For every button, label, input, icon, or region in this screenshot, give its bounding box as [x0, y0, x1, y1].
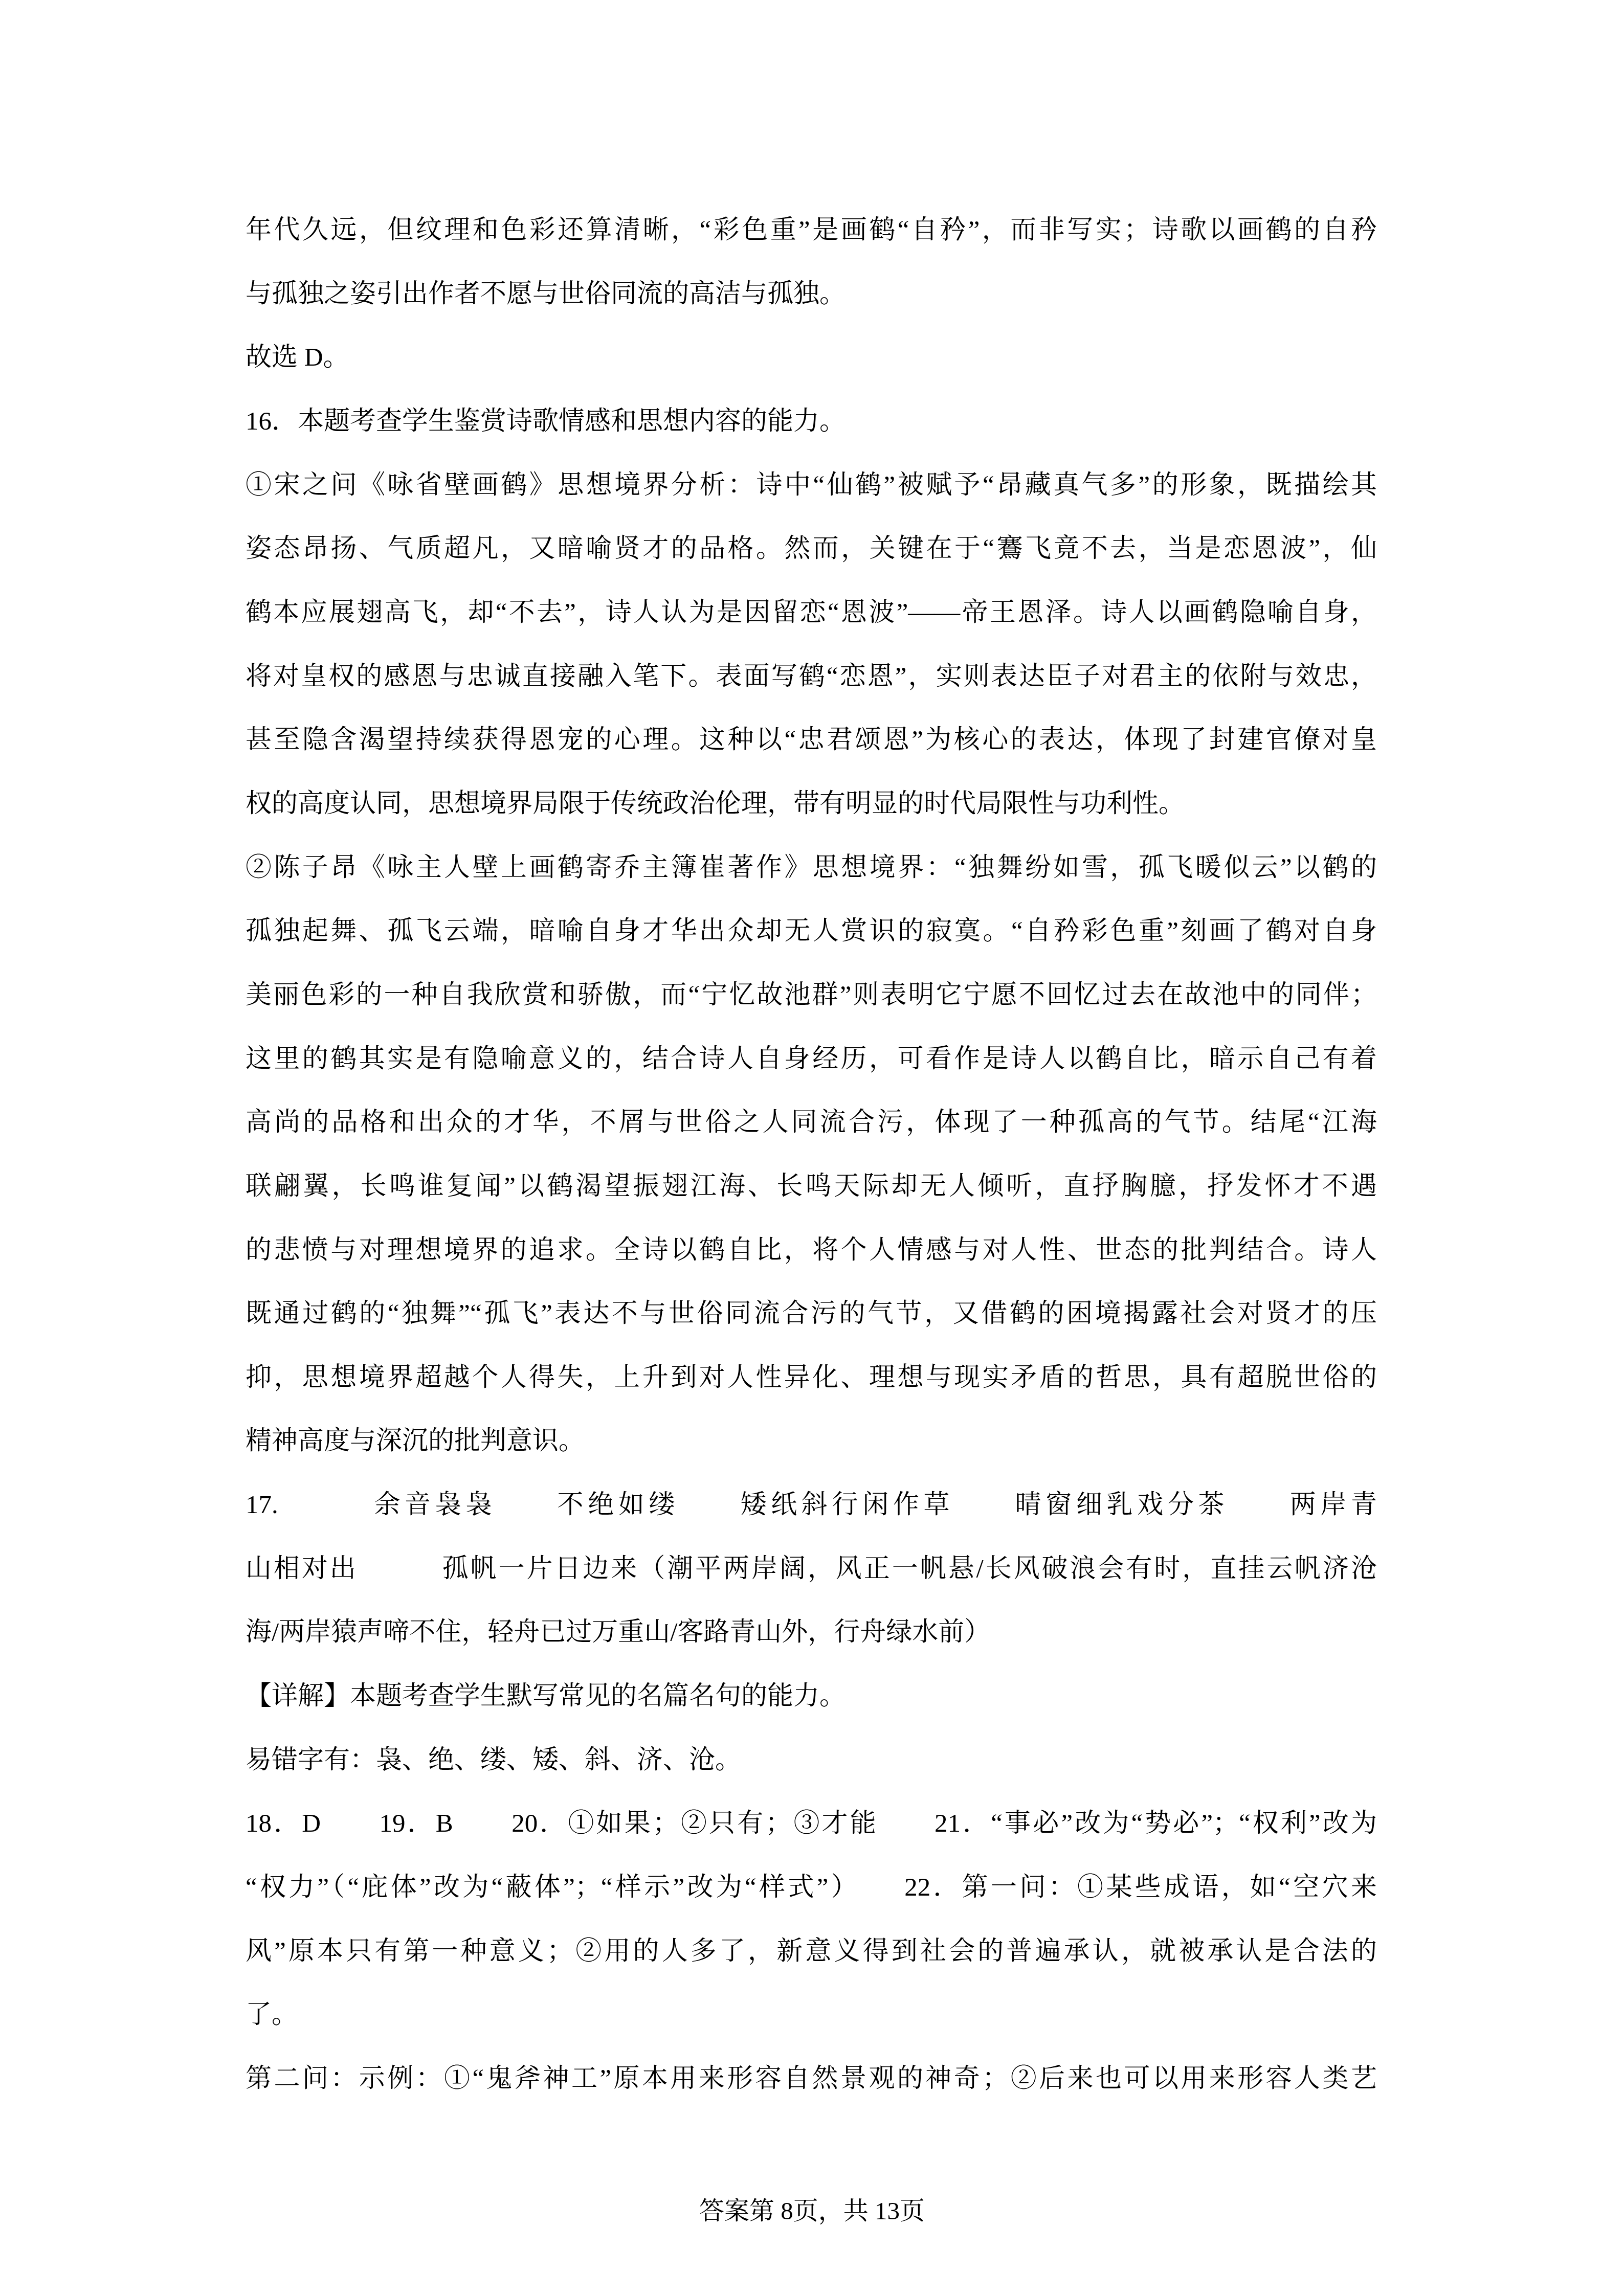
- text-line: 故选 D。: [246, 326, 1377, 390]
- document-body: 年代久远，但纹理和色彩还算清晰，“彩色重”是画鹤“自矜”，而非写实；诗歌以画鹤的…: [246, 198, 1377, 2111]
- text-line: 美丽色彩的一种自我欣赏和骄傲，而“宁忆故池群”则表明它宁愿不回忆过去在故池中的同…: [246, 963, 1377, 1027]
- text-line: 将对皇权的感恩与忠诚直接融入笔下。表面写鹤“恋恩”，实则表达臣子对君主的依附与效…: [246, 645, 1377, 709]
- text-line: ②陈子昂《咏主人壁上画鹤寄乔主簿崔著作》思想境界：“独舞纷如雪，孤飞暖似云”以鹤…: [246, 836, 1377, 900]
- text-line: 年代久远，但纹理和色彩还算清晰，“彩色重”是画鹤“自矜”，而非写实；诗歌以画鹤的…: [246, 198, 1377, 262]
- text-line: 既通过鹤的“独舞”“孤飞”表达不与世俗同流合污的气节，又借鹤的困境揭露社会对贤才…: [246, 1282, 1377, 1346]
- text-line: 甚至隐含渴望持续获得恩宠的心理。这种以“忠君颂恩”为核心的表达，体现了封建官僚对…: [246, 708, 1377, 772]
- text-line: 16．本题考查学生鉴赏诗歌情感和思想内容的能力。: [246, 390, 1377, 454]
- document-page: 年代久远，但纹理和色彩还算清晰，“彩色重”是画鹤“自矜”，而非写实；诗歌以画鹤的…: [0, 0, 1624, 2296]
- text-line: 海/两岸猿声啼不住，轻舟已过万重山/客路青山外，行舟绿水前）: [246, 1601, 1377, 1664]
- text-line: 鹤本应展翅高飞，却“不去”，诗人认为是因留恋“恩波”——帝王恩泽。诗人以画鹤隐喻…: [246, 581, 1377, 645]
- page-footer: 答案第 8页，共 13页: [0, 2195, 1624, 2227]
- text-line: 了。: [246, 1983, 1377, 2047]
- text-line: 姿态昂扬、气质超凡，又暗喻贤才的品格。然而，关键在于“鶱飞竟不去，当是恋恩波”，…: [246, 517, 1377, 581]
- text-line: 风”原本只有第一种意义；②用的人多了，新意义得到社会的普遍承认，就被承认是合法的: [246, 1920, 1377, 1984]
- text-line: 易错字有：袅、绝、缕、矮、斜、济、沧。: [246, 1728, 1377, 1792]
- text-line: ①宋之问《咏省壁画鹤》思想境界分析：诗中“仙鹤”被赋予“昂藏真气多”的形象，既描…: [246, 454, 1377, 517]
- text-line: 权的高度认同，思想境界局限于传统政治伦理，带有明显的时代局限性与功利性。: [246, 772, 1377, 836]
- text-line: 第二问：示例：①“鬼斧神工”原本用来形容自然景观的神奇；②后来也可以用来形容人类…: [246, 2047, 1377, 2111]
- text-line: “权力”（“庇体”改为“蔽体”；“样示”改为“样式”） 22．第一问：①某些成语…: [246, 1856, 1377, 1920]
- text-line: 的悲愤与对理想境界的追求。全诗以鹤自比，将个人情感与对人性、世态的批判结合。诗人: [246, 1219, 1377, 1282]
- text-line: 孤独起舞、孤飞云端，暗喻自身才华出众却无人赏识的寂寞。“自矜彩色重”刻画了鹤对自…: [246, 899, 1377, 963]
- text-line: 18．D 19．B 20．①如果；②只有；③才能 21．“事必”改为“势必”；“…: [246, 1792, 1377, 1856]
- text-line: 这里的鹤其实是有隐喻意义的，结合诗人自身经历，可看作是诗人以鹤自比，暗示自己有着: [246, 1027, 1377, 1091]
- text-line: 抑，思想境界超越个人得失，上升到对人性异化、理想与现实矛盾的哲思，具有超脱世俗的: [246, 1346, 1377, 1410]
- text-line: 联翩翼，长鸣谁复闻”以鹤渴望振翅江海、长鸣天际却无人倾听，直抒胸臆，抒发怀才不遇: [246, 1155, 1377, 1219]
- text-line: 【详解】本题考查学生默写常见的名篇名句的能力。: [246, 1664, 1377, 1728]
- text-line: 17. 余音袅袅 不绝如缕 矮纸斜行闲作草 晴窗细乳戏分茶 两岸青: [246, 1473, 1377, 1537]
- text-line: 高尚的品格和出众的才华，不屑与世俗之人同流合污，体现了一种孤高的气节。结尾“江海: [246, 1091, 1377, 1155]
- text-line: 山相对出 孤帆一片日边来（潮平两岸阔，风正一帆悬/长风破浪会有时，直挂云帆济沧: [246, 1537, 1377, 1601]
- text-line: 精神高度与深沉的批判意识。: [246, 1409, 1377, 1473]
- text-line: 与孤独之姿引出作者不愿与世俗同流的高洁与孤独。: [246, 262, 1377, 326]
